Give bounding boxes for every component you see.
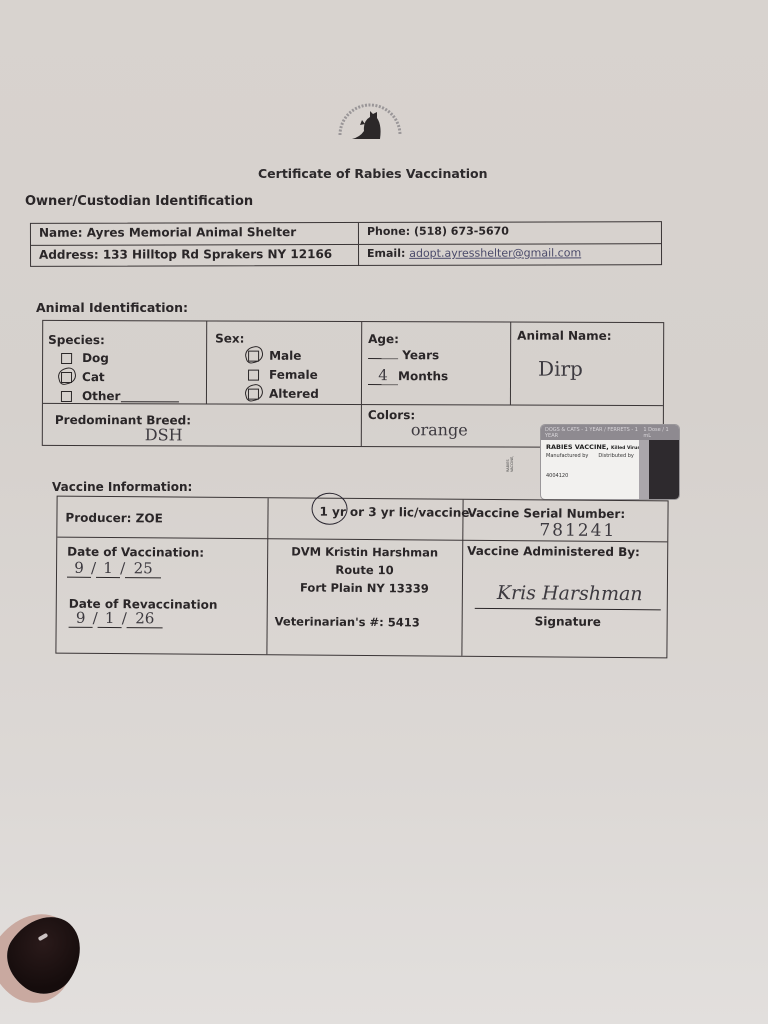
vaccine-sticker: DOGS & CATS - 1 YEAR / FERRETS - 1 YEAR …	[541, 425, 679, 499]
breed-value[interactable]: DSH	[145, 425, 183, 444]
other-blank-line[interactable]	[120, 391, 178, 402]
vaccination-date-value[interactable]: 9/1/25	[67, 559, 161, 579]
vet-number-value: 5413	[388, 615, 420, 629]
sex-option-male[interactable]: Male	[248, 349, 301, 363]
species-cat-label: Cat	[82, 370, 105, 384]
owner-phone-value: (518) 673-5670	[414, 225, 509, 238]
checkbox-cat[interactable]	[61, 371, 72, 382]
shelter-logo	[330, 95, 410, 147]
divider	[206, 321, 207, 403]
license-selection-circle	[311, 493, 347, 525]
vaccine-section-heading: Vaccine Information:	[52, 480, 192, 494]
divider	[510, 323, 511, 405]
sticker-title: RABIES VACCINE,	[546, 443, 609, 451]
owner-address-value: 133 Hilltop Rd Sprakers NY 12166	[103, 247, 332, 262]
sticker-dark-band	[649, 440, 679, 499]
signature-value[interactable]: Kris Harshman	[497, 582, 643, 605]
serial-value[interactable]: 781241	[539, 520, 616, 541]
animal-section-heading: Animal Identification:	[36, 300, 188, 315]
owner-address-cell: Address: 133 Hilltop Rd Sprakers NY 1216…	[31, 245, 359, 267]
animal-name-value[interactable]: Dirp	[538, 357, 583, 381]
checkbox-female[interactable]	[248, 369, 259, 380]
owner-email-cell: Email: adopt.ayresshelter@gmail.com	[359, 244, 661, 266]
vaccine-sticker-strip: RABIES VACCINE,	[506, 442, 538, 472]
vaccine-table: Producer: ZOE 1 yr or 3 yr lic/vaccine V…	[55, 496, 668, 659]
vet-number-field: Veterinarian's #: 5413	[275, 614, 420, 629]
revacc-month[interactable]: 9	[69, 609, 93, 628]
species-option-other[interactable]: Other	[61, 389, 179, 403]
years-label: Years	[402, 348, 439, 362]
species-dog-label: Dog	[82, 351, 109, 365]
owner-address-label: Address:	[39, 248, 99, 262]
sex-female-label: Female	[269, 368, 318, 382]
cat-silhouette-logo-icon	[330, 95, 410, 147]
vaccination-date-label: Date of Vaccination:	[67, 545, 204, 560]
divider	[361, 322, 362, 446]
checkbox-male[interactable]	[248, 350, 259, 361]
sticker-side-band	[639, 440, 649, 499]
sex-option-female[interactable]: Female	[248, 368, 318, 382]
producer-field: Producer: ZOE	[65, 511, 162, 526]
species-other-label: Other	[82, 389, 121, 403]
serial-label: Vaccine Serial Number:	[467, 506, 625, 521]
vacc-month[interactable]: 9	[67, 559, 91, 578]
owner-name-cell: Name: Ayres Memorial Animal Shelter	[31, 223, 359, 245]
colors-label: Colors:	[368, 408, 415, 422]
age-months-row: 4Months	[368, 366, 448, 385]
checkbox-other[interactable]	[61, 390, 72, 401]
months-label: Months	[398, 369, 448, 383]
species-label: Species:	[48, 333, 105, 347]
vet-number-label: Veterinarian's #:	[275, 614, 384, 629]
sex-label: Sex:	[215, 332, 244, 346]
owner-email-link[interactable]: adopt.ayresshelter@gmail.com	[409, 246, 581, 259]
veterinarian-info: DVM Kristin Harshman Route 10 Fort Plain…	[267, 542, 462, 598]
owner-email-label: Email:	[367, 247, 405, 260]
species-option-cat[interactable]: Cat	[61, 370, 105, 384]
animal-name-label: Animal Name:	[517, 329, 611, 343]
vet-street: Route 10	[267, 560, 462, 580]
revacc-year[interactable]: 26	[127, 609, 163, 628]
checkbox-altered[interactable]	[248, 388, 259, 399]
sticker-species: DOGS & CATS - 1 YEAR / FERRETS - 1 YEAR	[545, 427, 643, 438]
sex-option-altered[interactable]: Altered	[248, 387, 319, 401]
checkbox-dog[interactable]	[61, 352, 72, 363]
owner-table: Name: Ayres Memorial Animal Shelter Phon…	[30, 221, 662, 267]
producer-label: Producer:	[65, 511, 131, 526]
vet-city: Fort Plain NY 13339	[267, 578, 462, 598]
colors-value[interactable]: orange	[411, 420, 468, 439]
fingernail	[0, 902, 96, 1006]
age-label: Age:	[368, 332, 399, 346]
sex-male-label: Male	[269, 349, 301, 363]
sticker-strip-text: RABIES VACCINE,	[506, 456, 514, 472]
owner-name-label: Name:	[39, 226, 83, 240]
certificate-title: Certificate of Rabies Vaccination	[258, 166, 488, 181]
owner-section-heading: Owner/Custodian Identification	[25, 194, 253, 209]
divider	[43, 403, 663, 406]
sticker-title-suffix: Killed Virus	[611, 446, 640, 451]
signature-line	[475, 608, 661, 610]
vet-name: DVM Kristin Harshman	[267, 542, 462, 562]
sticker-manufacturer: Manufactured by	[546, 453, 588, 459]
sex-altered-label: Altered	[269, 387, 319, 401]
owner-phone-cell: Phone: (518) 673-5670	[359, 222, 661, 244]
species-option-dog[interactable]: Dog	[61, 351, 109, 365]
producer-value[interactable]: ZOE	[136, 511, 163, 525]
signature-label: Signature	[535, 614, 601, 629]
vacc-day[interactable]: 1	[96, 559, 120, 578]
sticker-distributor: Distributed by	[598, 453, 634, 459]
owner-name-value: Ayres Memorial Animal Shelter	[87, 225, 296, 240]
administered-by-label: Vaccine Administered By:	[467, 544, 640, 559]
revaccination-date-value[interactable]: 9/1/26	[69, 609, 163, 629]
sticker-top-band: DOGS & CATS - 1 YEAR / FERRETS - 1 YEAR …	[541, 425, 679, 440]
owner-phone-label: Phone:	[367, 225, 410, 238]
vacc-year[interactable]: 25	[125, 559, 161, 578]
years-input[interactable]	[368, 358, 398, 359]
sticker-dose: 1 Dose / 1 mL	[643, 427, 675, 438]
months-input[interactable]: 4	[368, 366, 398, 385]
revacc-day[interactable]: 1	[98, 609, 122, 628]
age-years-row: Years	[368, 348, 439, 362]
